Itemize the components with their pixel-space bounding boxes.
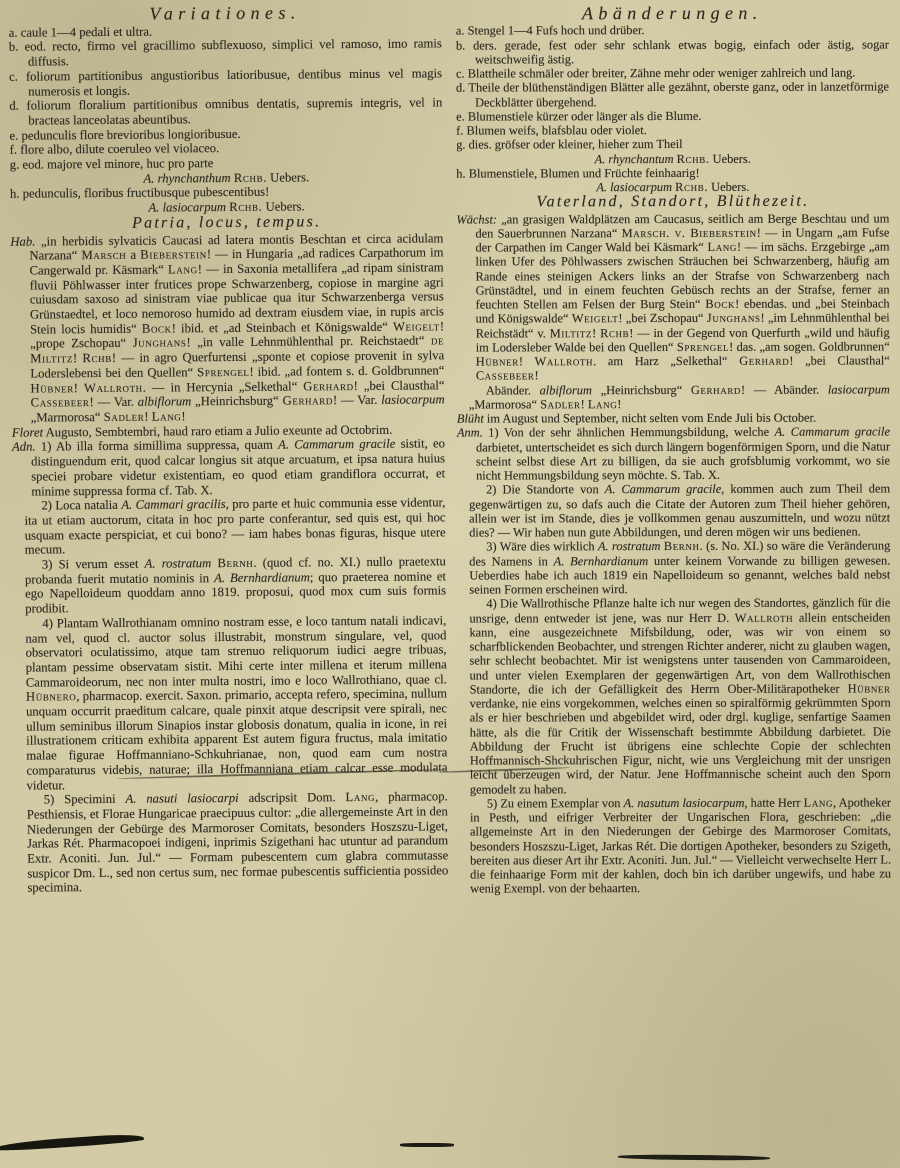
item-text: dies. gröfser oder kleiner, hieher zum T… bbox=[469, 137, 683, 152]
heading-patria-locus-tempus: Patria, locus, tempus. bbox=[10, 214, 443, 232]
paragraph-adn-3: 3) Si verum esset A. rostratum Bernh. (q… bbox=[13, 554, 446, 616]
paragraph-anm-2: 2) Die Standorte von A. Cammarum gracile… bbox=[457, 482, 890, 540]
item-label: h. bbox=[456, 166, 465, 180]
variation-item-c-latin: c. foliorum partitionibus angustioribus … bbox=[9, 66, 442, 99]
item-text: ders. gerade, fest oder sehr schlank etw… bbox=[473, 37, 889, 66]
item-label: a. bbox=[9, 25, 18, 39]
item-text: Blumen weifs, blafsblau oder violet. bbox=[466, 123, 646, 137]
heading-variationes: Variationes. bbox=[9, 4, 442, 22]
item-text: Theile der blüthenständigen Blätter alle… bbox=[468, 80, 889, 109]
item-text: pedunculis flore brevioribus longioribus… bbox=[21, 127, 240, 143]
paragraph-abaender: Abänder. albiflorum „Heinrichsburg“ Gerh… bbox=[457, 382, 890, 412]
paragraph-anm-1: Anm. 1) Von der sehr ähnlichen Hemmungsb… bbox=[457, 425, 890, 483]
paragraph-adn-1: Adn. 1) Ab illa forma simillima suppress… bbox=[12, 437, 445, 499]
attribution-rhynchantum-german: A. rhynchantum Rchb. Uebers. bbox=[456, 151, 889, 166]
item-label: b. bbox=[456, 38, 465, 52]
item-text: Blattheile schmäler oder breiter, Zähne … bbox=[468, 66, 856, 81]
item-text: Blumenstiele kürzer oder länger als die … bbox=[468, 109, 702, 124]
item-text: eod. majore vel minore, huc pro parte bbox=[22, 156, 213, 171]
item-text: Blumenstiele, Blumen und Früchte feinhaa… bbox=[469, 166, 700, 181]
variation-item-c-german: c. Blattheile schmäler oder breiter, Zäh… bbox=[456, 65, 889, 80]
variation-item-f-german: f. Blumen weifs, blafsblau oder violet. bbox=[456, 122, 889, 137]
item-text: caule 1—4 pedali et ultra. bbox=[21, 24, 153, 39]
item-text: eod. recto, firmo vel gracillimo subflex… bbox=[25, 37, 442, 69]
item-label: g. bbox=[10, 158, 20, 172]
item-label: d. bbox=[9, 99, 19, 113]
item-label: h. bbox=[10, 187, 20, 201]
variation-item-b-german: b. ders. gerade, fest oder sehr schlank … bbox=[456, 37, 889, 67]
item-label: b. bbox=[9, 40, 19, 54]
variation-item-a-german: a. Stengel 1—4 Fufs hoch und drüber. bbox=[456, 23, 889, 38]
item-label: c. bbox=[456, 67, 465, 81]
ink-smudge-bottom-left bbox=[0, 1133, 144, 1153]
column-end-dash bbox=[400, 1143, 454, 1147]
paragraph-waechst: Wächst: „an grasigen Waldplätzen am Cauc… bbox=[456, 211, 889, 383]
paragraph-anm-4: 4) Die Wallrothische Pflanze halte ich n… bbox=[457, 596, 891, 797]
paragraph-anm-5: 5) Zu einem Exemplar von A. nasutum lasi… bbox=[458, 795, 891, 896]
variation-item-h-german: h. Blumenstiele, Blumen und Früchte fein… bbox=[456, 165, 889, 180]
item-text: Stengel 1—4 Fufs hoch und drüber. bbox=[468, 23, 645, 37]
heading-vaterland-standort-bluethezeit: Vaterland, Standort, Blüthezeit. bbox=[456, 195, 889, 210]
variation-item-g-german: g. dies. gröfser oder kleiner, hieher zu… bbox=[456, 137, 889, 152]
item-text: foliorum partitionibus angustioribus lat… bbox=[26, 66, 442, 98]
paragraph-blueht: Blüht im August und September, nicht sel… bbox=[457, 410, 890, 425]
item-label: c. bbox=[9, 69, 18, 83]
item-label: e. bbox=[456, 109, 465, 123]
variation-item-e-german: e. Blumenstiele kürzer oder länger als d… bbox=[456, 108, 889, 123]
variation-item-b-latin: b. eod. recto, firmo vel gracillimo subf… bbox=[9, 37, 442, 70]
paragraph-hab: Hab. „in herbidis sylvaticis Caucasi ad … bbox=[10, 231, 444, 426]
item-text: pedunculis, floribus fructibusque pubesc… bbox=[23, 185, 270, 201]
two-column-layout: Variationes. a. caule 1—4 pedali et ultr… bbox=[0, 0, 900, 896]
paragraph-adn-4: 4) Plantam Wallrothianam omnino nostram … bbox=[13, 613, 447, 793]
item-label: a. bbox=[456, 24, 465, 38]
item-text: foliorum floralium partitionibus omnibus… bbox=[26, 96, 442, 128]
ink-smudge-bottom-center bbox=[618, 1154, 770, 1161]
item-label: e. bbox=[9, 128, 18, 142]
paragraph-adn-5: 5) Specimini A. nasuti lasiocarpi adscri… bbox=[15, 790, 449, 896]
book-page-scan: Variationes. a. caule 1—4 pedali et ultr… bbox=[0, 0, 900, 1168]
latin-column: Variationes. a. caule 1—4 pedali et ultr… bbox=[9, 4, 449, 897]
german-column: Abänderungen. a. Stengel 1—4 Fufs hoch u… bbox=[456, 5, 891, 896]
item-text: flore albo, dilute coeruleo vel violaceo… bbox=[20, 141, 219, 157]
item-label: f. bbox=[10, 143, 18, 157]
variation-item-d-latin: d. foliorum floralium partitionibus omni… bbox=[9, 96, 442, 129]
item-label: d. bbox=[456, 81, 465, 95]
paragraph-adn-2: 2) Loca natalia A. Cammari gracilis, pro… bbox=[12, 496, 445, 558]
heading-abaenderungen: Abänderungen. bbox=[456, 5, 889, 20]
paragraph-anm-3: 3) Wäre dies wirklich A. rostratum Bernh… bbox=[457, 539, 890, 597]
item-label: f. bbox=[456, 124, 463, 138]
variation-item-d-german: d. Theile der blüthenständigen Blätter a… bbox=[456, 80, 889, 110]
item-label: g. bbox=[456, 138, 465, 152]
